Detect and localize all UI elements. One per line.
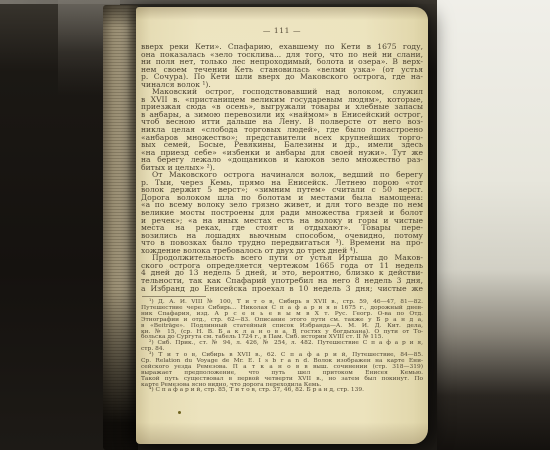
book-photo: — 111 — вверх реки Кети». Спафарию, ехав… bbox=[0, 0, 550, 450]
text-column: вверх реки Кети». Спафарию, ехавшему по … bbox=[141, 43, 423, 394]
footnote-line: ⁴) С п а ф а р и й, стр. 85, Т и т о в, … bbox=[141, 388, 423, 394]
book-page: — 111 — вверх реки Кети». Спафарию, ехав… bbox=[136, 7, 428, 444]
ink-speck bbox=[178, 411, 181, 414]
page-edge-stack bbox=[103, 5, 138, 450]
footnote-line: ²) Сиб. Прик., ст. № 94, л. 426, № 254, … bbox=[141, 341, 423, 347]
footnote-separator bbox=[142, 296, 206, 297]
right-backdrop bbox=[437, 0, 550, 450]
page-number-header: — 111 — bbox=[136, 26, 428, 35]
body-line: а Избранд до Енисейска проехал в 10 неде… bbox=[141, 285, 423, 293]
